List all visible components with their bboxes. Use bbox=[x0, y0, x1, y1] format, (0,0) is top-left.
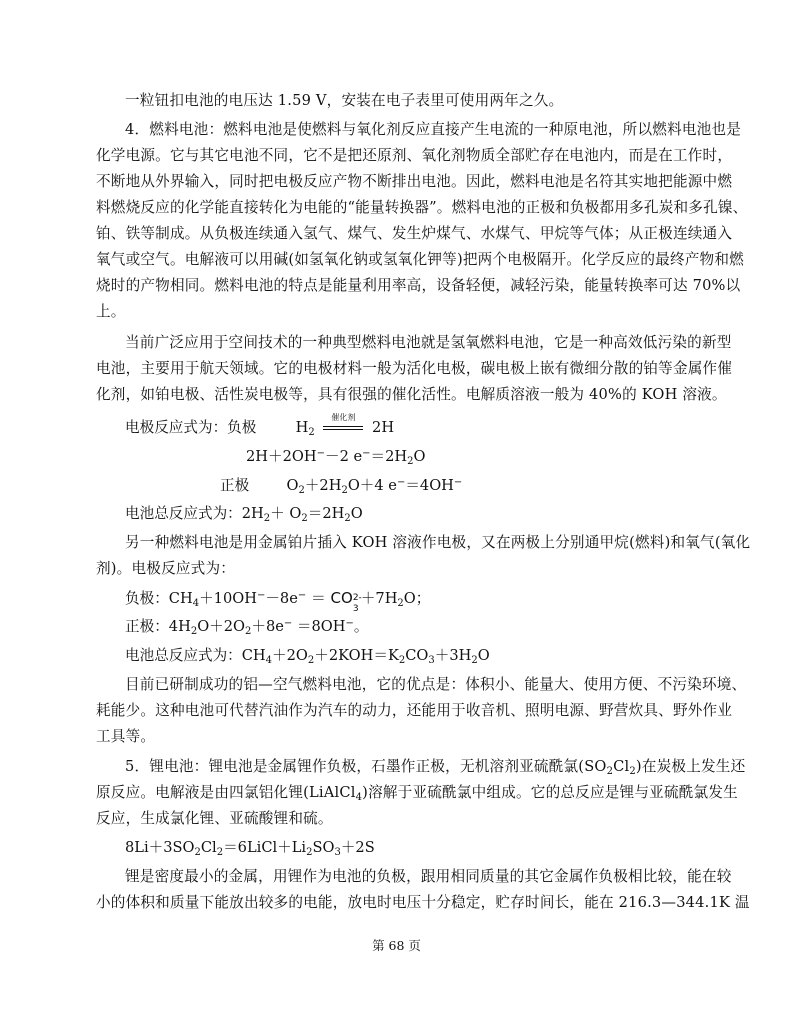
formula-text: O bbox=[351, 505, 363, 522]
electrode-label: 电极反应式为：负极 bbox=[125, 419, 256, 436]
formula-text: Cl bbox=[613, 758, 629, 775]
text-line: 电池，主要用于航天领域。它的电极材料一般为活化电极，碳电极上嵌有微细分散的铂等金… bbox=[96, 356, 698, 382]
catalyst-arrow-icon: 催化剂 bbox=[323, 419, 363, 437]
text-line: 料燃烧反应的化学能直接转化为电能的“能量转换器”。燃料电池的正极和负极都用多孔炭… bbox=[96, 195, 698, 221]
text-line: 氧气或空气。电解液可以用碱(如氢氧化钠或氢氧化钾等)把两个电极隔开。化学反应的最… bbox=[96, 247, 698, 273]
text-line: 上。 bbox=[96, 299, 126, 325]
superscript: − bbox=[317, 448, 325, 459]
text-line: 锂是密度最小的金属，用锂作为电池的负极，跟用相同质量的其它金属作负极相比较，能在… bbox=[96, 864, 698, 890]
carbonate-formula: CO bbox=[331, 589, 353, 607]
formula-text: ＋7H bbox=[361, 590, 398, 607]
formula-text: ＋2H bbox=[305, 477, 342, 494]
formula-text: ＋2KOH＝K bbox=[314, 647, 399, 664]
formula-text: －8e bbox=[265, 590, 298, 607]
text-line: 烧时的产物相同。燃料电池的特点是能量利用率高，设备轻便，减轻污染，能量转换率可达… bbox=[96, 273, 698, 299]
formula-text: －2 e bbox=[325, 448, 362, 465]
formula-text: SO bbox=[312, 839, 334, 856]
text-line: 不断地从外界输入，同时把电极反应产物不断排出电池。因此，燃料电池是名符其实地把能… bbox=[96, 169, 698, 195]
formula-text: 5．锂电池：锂电池是金属锂作负极，石墨作正极，无机溶剂亚硫酰氯(SO bbox=[125, 758, 607, 775]
pos-label: 正极： bbox=[125, 618, 169, 635]
formula-text: ＝4OH bbox=[405, 477, 454, 494]
total-label: 电池总反应式为： bbox=[125, 505, 242, 522]
formula-text: 原反应。电解液是由四氯铝化锂(LiAlCl bbox=[96, 784, 356, 801]
text-line: 当前广泛应用于空间技术的一种典型燃料电池就是氢氧燃料电池，它是一种高效低污染的新… bbox=[96, 330, 698, 356]
catalyst-label: 催化剂 bbox=[323, 413, 363, 423]
formula-text: ＋ O bbox=[270, 505, 301, 522]
formula-text: ＝6LiCl＋Li bbox=[223, 839, 306, 856]
formula-text: ＋2S bbox=[341, 839, 375, 856]
total-equation-2: 电池总反应式为：CH4＋2O2＋2KOH＝K2CO3＋3H2O bbox=[96, 643, 490, 669]
superscript: − bbox=[346, 618, 354, 629]
formula-text: ＝ bbox=[311, 589, 326, 607]
electrode-equation-neg-2: 2H＋2OH−－2 e−＝2H2O bbox=[246, 444, 425, 470]
electrode-equation-neg-1: 电极反应式为：负极 H2 催化剂 2H bbox=[96, 415, 394, 441]
text-line: 另一种燃料电池是用金属铂片插入 KOH 溶液作电极，又在两极上分别通甲烷(燃料)… bbox=[96, 530, 698, 556]
section-4-heading-line: 4．燃料电池：燃料电池是使燃料与氧化剂反应直接产生电流的一种原电池，所以燃料电池… bbox=[96, 117, 698, 143]
formula-text: Cl bbox=[201, 839, 217, 856]
text-line: 化剂，如铂电极、活性炭电极等，具有很强的催化活性。电解质溶液一般为 40%的 K… bbox=[96, 382, 727, 408]
superscript: − bbox=[454, 477, 462, 488]
formula-text: 2H bbox=[242, 505, 264, 522]
superscript: − bbox=[298, 590, 306, 601]
neg-label: 负极： bbox=[125, 590, 169, 607]
formula-text: H bbox=[296, 419, 309, 436]
superscript: 2- bbox=[353, 594, 362, 603]
text-line: 工具等。 bbox=[96, 724, 155, 750]
formula-text: 2H＋2OH bbox=[246, 448, 317, 465]
text-line: 原反应。电解液是由四氯铝化锂(LiAlCl4)溶解于亚硫酰氯中组成。它的总反应是… bbox=[96, 780, 698, 806]
formula-text: 4H bbox=[169, 618, 191, 635]
lithium-equation: 8Li＋3SO2Cl2＝6LiCl＋Li2SO3＋2S bbox=[96, 835, 375, 861]
pos-label: 正极 bbox=[220, 477, 249, 494]
text-line: 耗能少。这种电池可代替汽油作为汽车的动力，还能用于收音机、照明电源、野营炊具、野… bbox=[96, 698, 698, 724]
formula-text: 。 bbox=[354, 618, 369, 635]
total-equation-1: 电池总反应式为：2H2＋ O2＝2H2O bbox=[96, 501, 363, 527]
methane-neg-equation: 负极：CH4＋10OH−－8e− ＝ CO2-3＋7H2O； bbox=[96, 585, 430, 611]
formula-text: )在炭极上发生还 bbox=[636, 758, 745, 775]
methane-pos-equation: 正极：4H2O＋2O2＋8e− ＝8OH−。 bbox=[96, 614, 369, 640]
formula-text: ＝8OH bbox=[292, 618, 345, 635]
formula-text: ＝2H bbox=[371, 448, 408, 465]
formula-text: ＋10OH bbox=[199, 590, 257, 607]
formula-text: CH bbox=[242, 647, 266, 664]
formula-text: O bbox=[478, 647, 490, 664]
page-number: 第 68 页 bbox=[0, 936, 793, 954]
formula-text: O bbox=[414, 448, 426, 465]
text-line: 化学电源。它与其它电池不同，它不是把还原剂、氧化剂物质全部贮存在电池内，而是在工… bbox=[96, 143, 698, 169]
section-5-heading-line: 5．锂电池：锂电池是金属锂作负极，石墨作正极，无机溶剂亚硫酰氯(SO2Cl2)在… bbox=[96, 754, 698, 780]
formula-text: )溶解于亚硫酰氯中组成。它的总反应是锂与亚硫酰氯发生 bbox=[362, 784, 738, 801]
formula-text: ＋8e bbox=[251, 618, 284, 635]
formula-text: O＋2O bbox=[197, 618, 245, 635]
text-line: 铂、铁等制成。从负极连续通入氢气、煤气、发生炉煤气、水煤气、甲烷等气体；从正极连… bbox=[96, 221, 698, 247]
subscript: 3 bbox=[353, 605, 359, 614]
formula-text: CH bbox=[169, 590, 193, 607]
formula-text: CO bbox=[405, 647, 428, 664]
text-line: 小的体积和质量下能放出较多的电能，放电时电压十分稳定，贮存时间长，能在 216.… bbox=[96, 890, 698, 916]
electrode-equation-pos: 正极 O2＋2H2O＋4 e−＝4OH− bbox=[220, 473, 462, 499]
text-line: 剂)。电极反应式为： bbox=[96, 556, 235, 582]
superscript: − bbox=[362, 448, 370, 459]
subscript: 2 bbox=[308, 427, 314, 438]
formula-text: ＝2H bbox=[308, 505, 345, 522]
formula-text: O bbox=[286, 477, 298, 494]
text-line: 反应，生成氯化锂、亚硫酸锂和硫。 bbox=[96, 806, 333, 832]
formula-text: ＋2O bbox=[272, 647, 308, 664]
formula-text: 2H bbox=[372, 419, 394, 436]
text-line: 一粒钮扣电池的电压达 1.59 V，安装在电子表里可使用两年之久。 bbox=[96, 88, 563, 114]
formula-text: O＋4 e bbox=[348, 477, 397, 494]
text-line: 目前已研制成功的铝—空气燃料电池，它的优点是：体积小、能量大、使用方便、不污染环… bbox=[96, 672, 698, 698]
formula-text: ＋3H bbox=[435, 647, 472, 664]
total-label: 电池总反应式为： bbox=[125, 647, 242, 664]
formula-text: O； bbox=[404, 590, 431, 607]
formula-text: 8Li＋3SO bbox=[125, 839, 194, 856]
